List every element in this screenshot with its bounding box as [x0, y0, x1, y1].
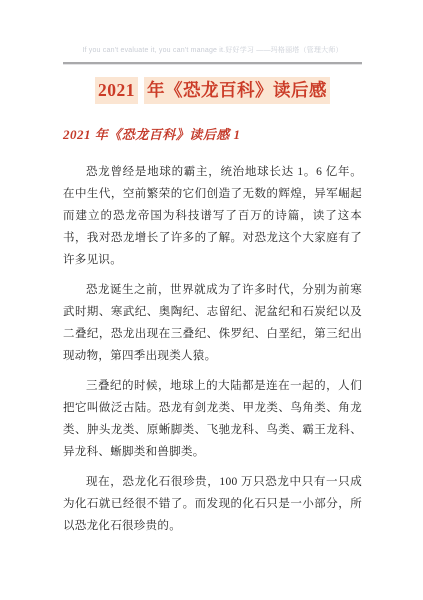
- document-page: If you can't evaluate it, you can't mana…: [0, 0, 423, 600]
- body-paragraph-3: 三叠纪的时候，地球上的大陆都是连在一起的，人们把它叫做泛古陆。恐龙有剑龙类、甲龙…: [63, 375, 362, 463]
- body-paragraph-1: 恐龙曾经是地球的霸主，统治地球长达 1。6 亿年。在中生代，空前繁荣的它们创造了…: [63, 161, 362, 271]
- section-heading: 2021 年《恐龙百科》读后感 1: [63, 126, 362, 144]
- body-paragraph-2: 恐龙诞生之前，世界就成为了许多时代，分别为前寒武时期、寒武纪、奥陶纪、志留纪、泥…: [63, 279, 362, 367]
- header-divider-line: [63, 62, 362, 65]
- page-header-note: If you can't evaluate it, you can't mana…: [63, 46, 362, 55]
- document-title: 2021年《恐龙百科》读后感: [63, 78, 362, 102]
- title-year-highlight: 2021: [95, 77, 138, 104]
- body-paragraph-4: 现在，恐龙化石很珍贵，100 万只恐龙中只有一只成为化石就已经很不错了。而发现的…: [63, 471, 362, 537]
- title-main-highlight: 年《恐龙百科》读后感: [144, 77, 330, 104]
